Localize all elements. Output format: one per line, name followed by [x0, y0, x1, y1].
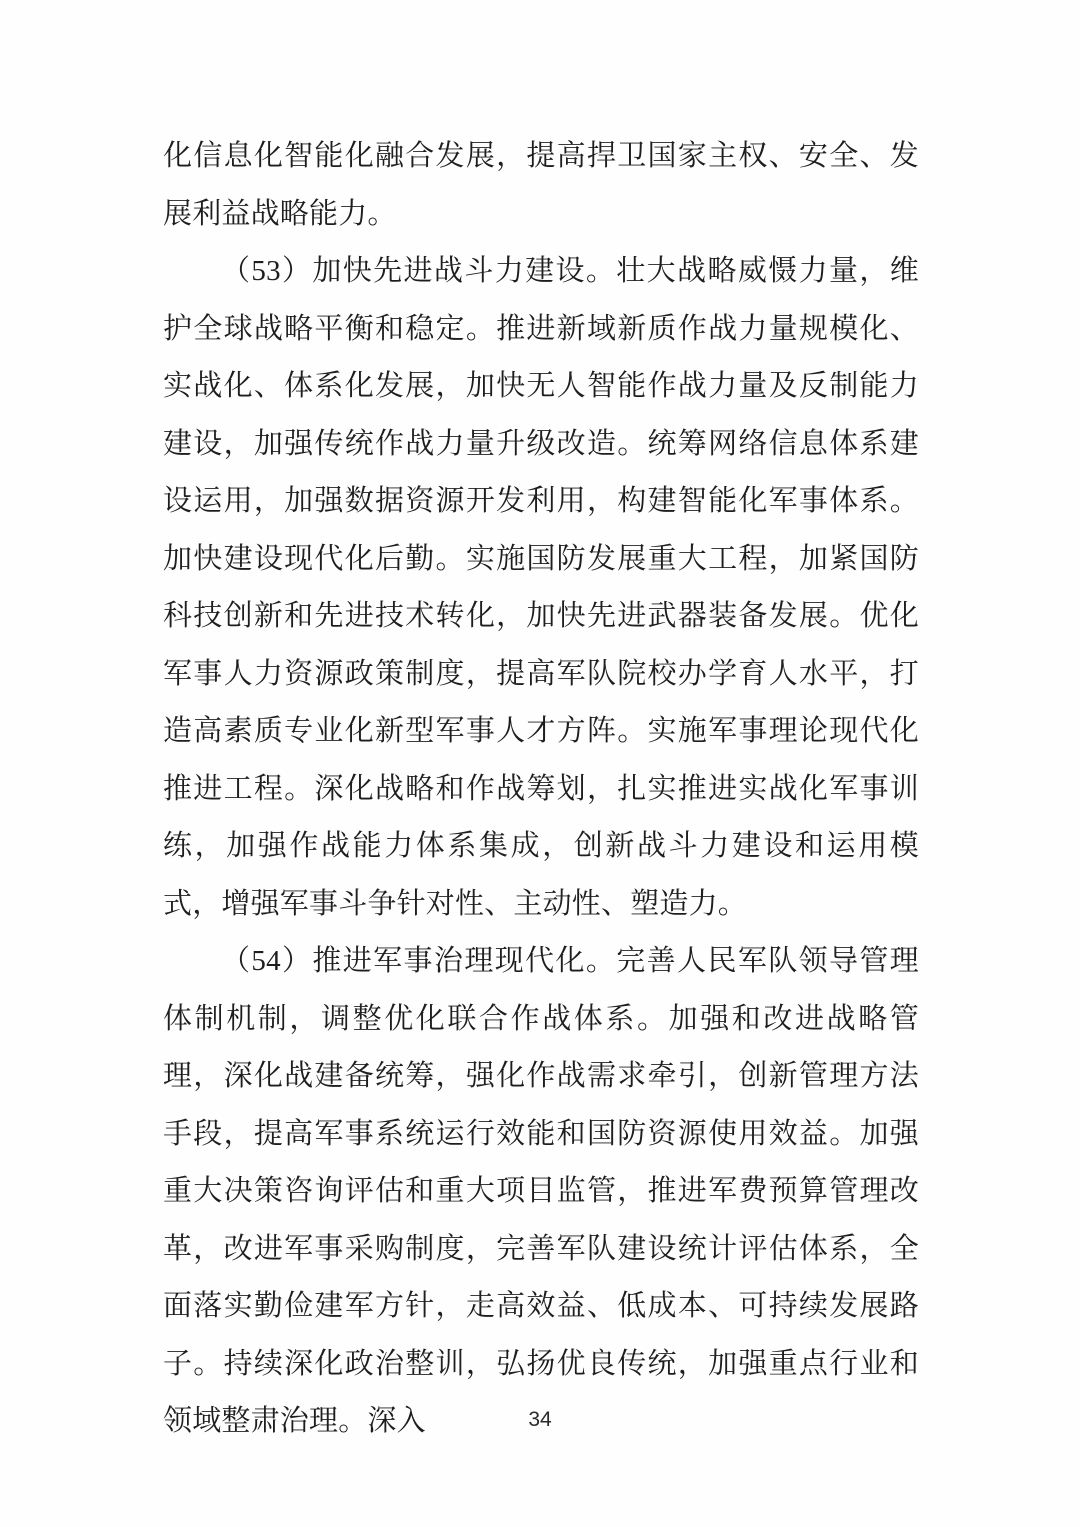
- document-page: 化信息化智能化融合发展，提高捍卫国家主权、安全、发展利益战略能力。 （53）加快…: [0, 0, 1080, 1527]
- paragraph-item-53: （53）加快先进战斗力建设。壮大战略威慑力量，维护全球战略平衡和稳定。推进新域新…: [163, 243, 919, 933]
- page-number: 34: [528, 1408, 551, 1432]
- paragraph-item-54: （54）推进军事治理现代化。完善人民军队领导管理体制机制，调整优化联合作战体系。…: [163, 933, 919, 1451]
- page-footer: 34: [0, 1408, 1080, 1432]
- document-body-text: 化信息化智能化融合发展，提高捍卫国家主权、安全、发展利益战略能力。 （53）加快…: [163, 128, 919, 1451]
- paragraph-continuation: 化信息化智能化融合发展，提高捍卫国家主权、安全、发展利益战略能力。: [163, 128, 919, 243]
